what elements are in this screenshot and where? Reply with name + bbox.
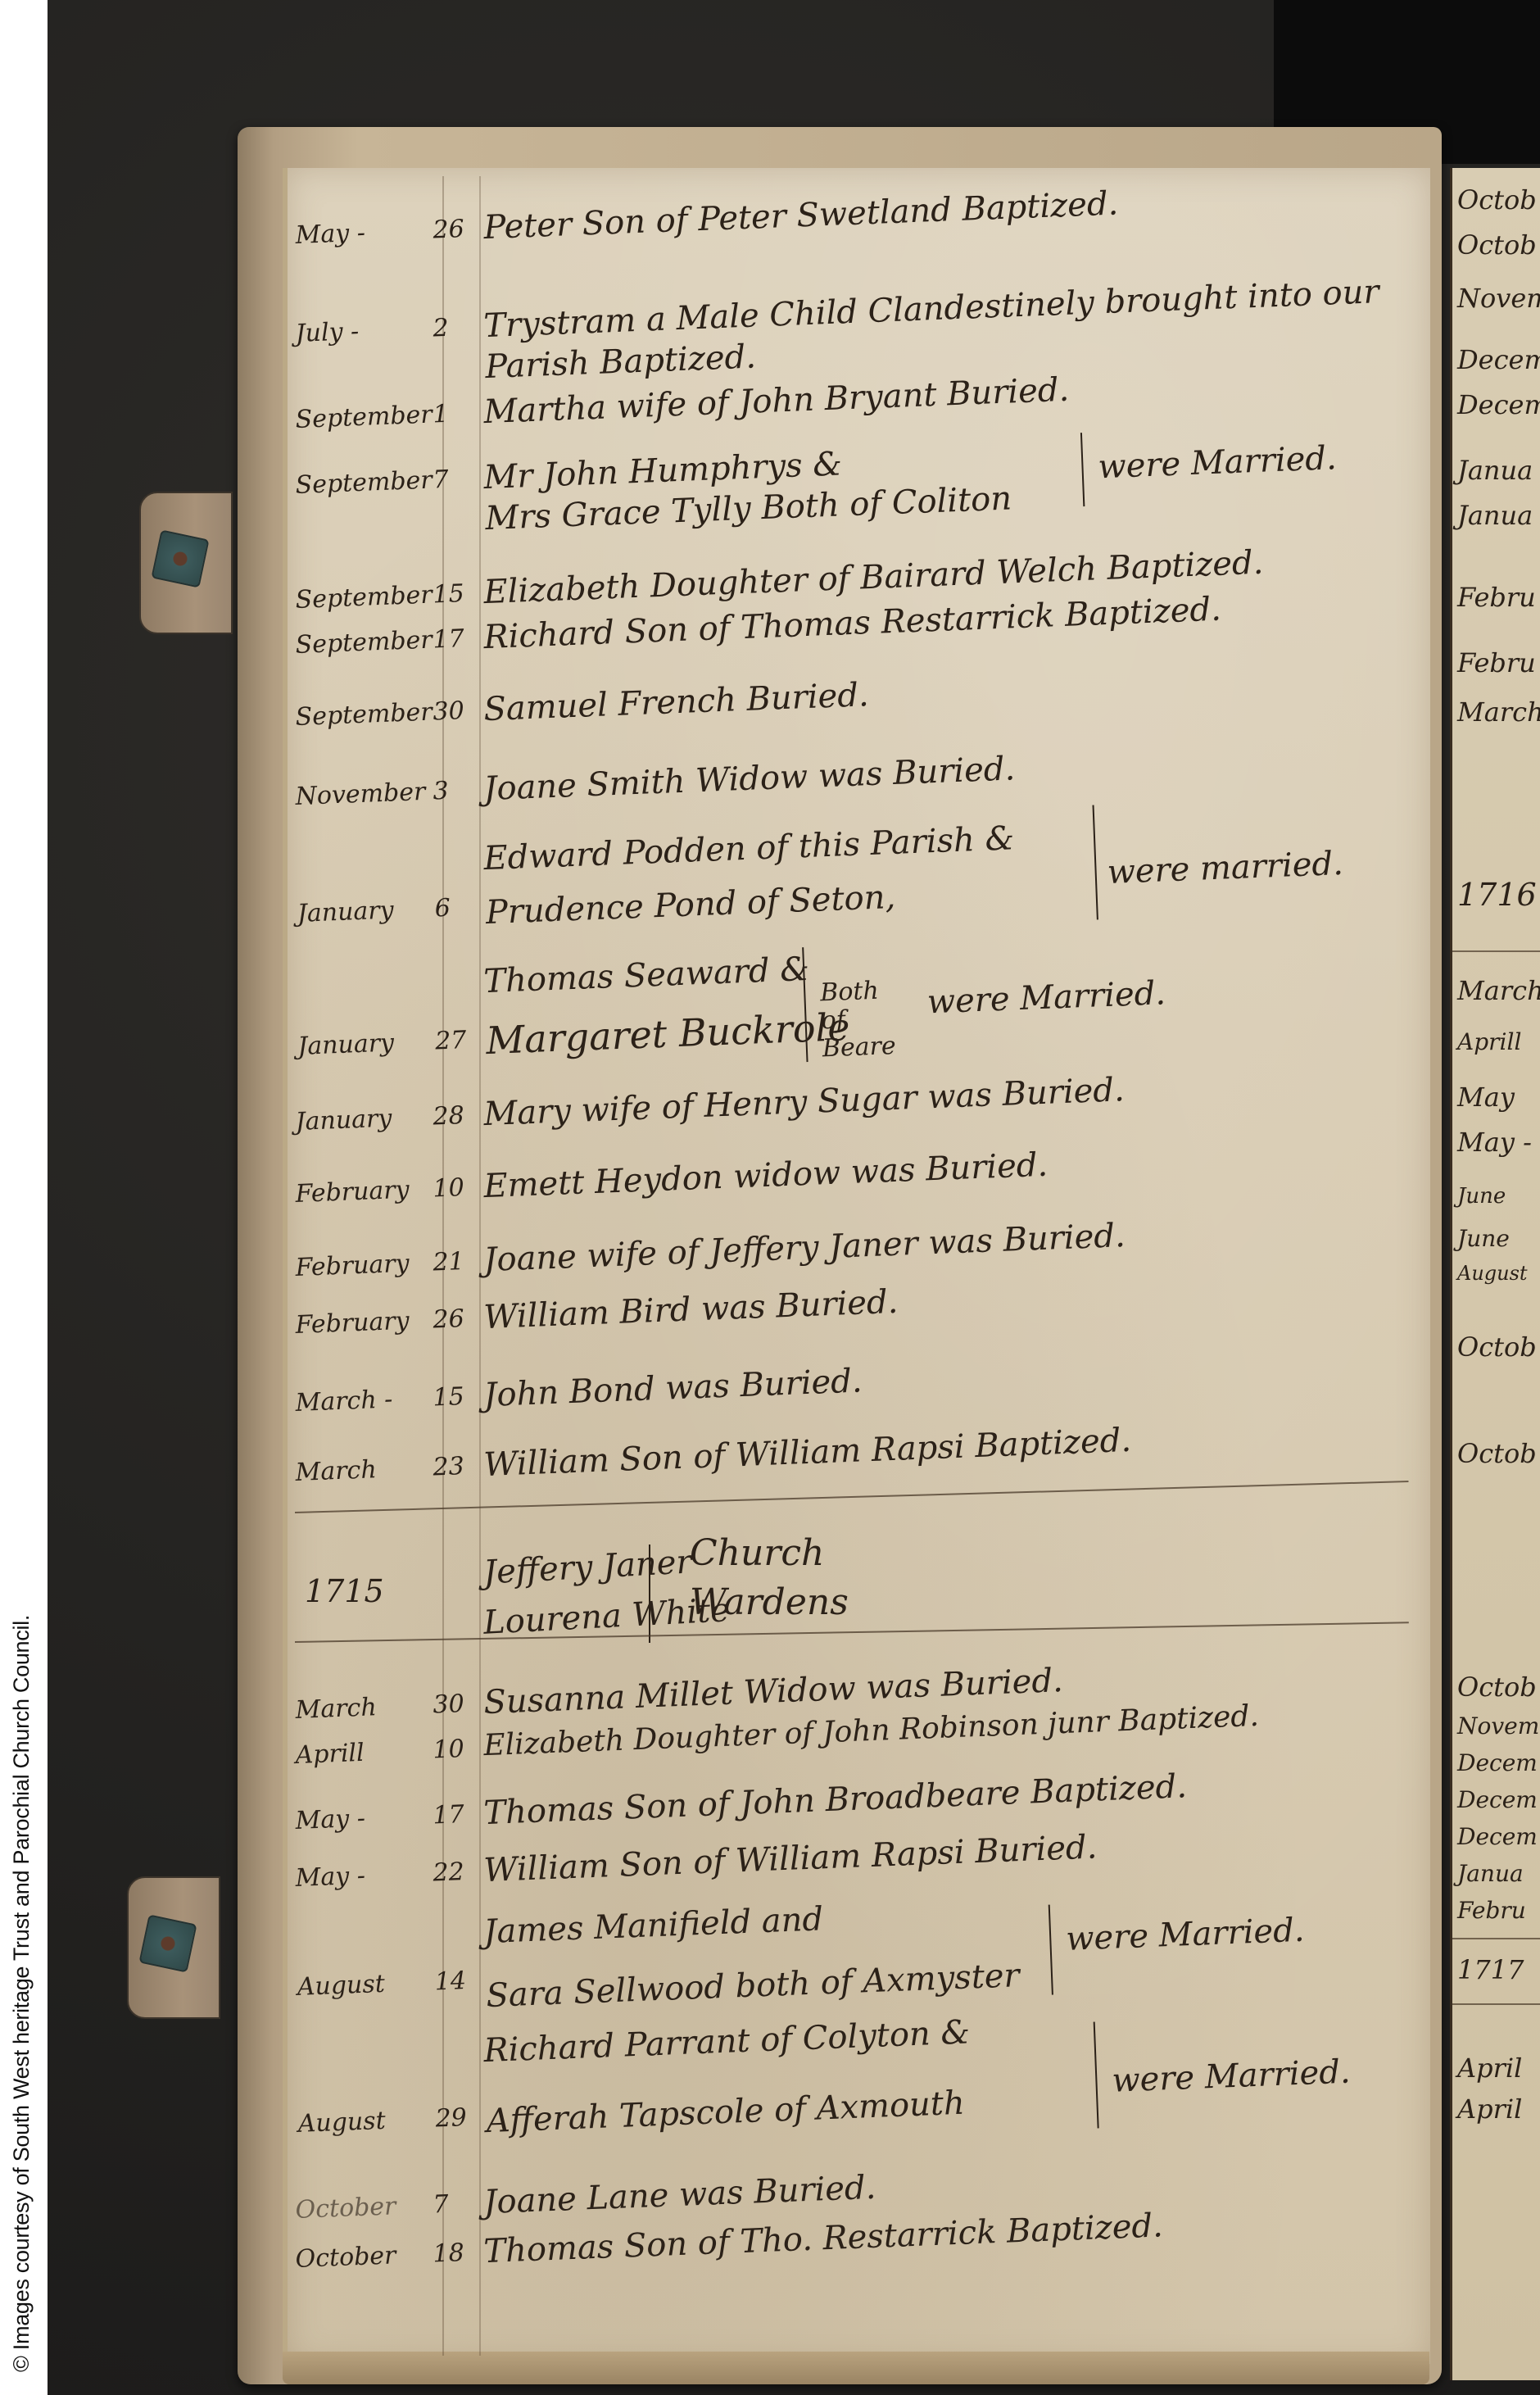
adjacent-month: Decem — [1457, 1786, 1538, 1813]
entry-month: March — [295, 1691, 427, 1725]
adjacent-month: Octob — [1457, 1438, 1537, 1469]
entry-day: 30 — [433, 696, 466, 727]
entry-month: September — [295, 626, 427, 660]
entry-day: 15 — [433, 1382, 466, 1413]
entry-day: 28 — [433, 1101, 466, 1132]
adjacent-month: August — [1457, 1262, 1528, 1285]
adjacent-month: Decem — [1457, 1749, 1538, 1776]
entry-month: January — [297, 895, 428, 928]
entry-day: 17 — [433, 624, 466, 655]
entry-month: July - — [295, 315, 427, 348]
entry-day: 29 — [435, 2103, 469, 2134]
adjacent-month: Febru — [1457, 647, 1536, 678]
adjacent-month: March — [1457, 975, 1540, 1006]
entry-day: 7 — [433, 465, 466, 495]
entry-month: May - — [295, 1859, 427, 1893]
adjacent-month: Decem — [1457, 344, 1540, 375]
adjacent-month: Febru — [1457, 582, 1536, 613]
warden-role: Church — [690, 1532, 824, 1574]
entry-month: February — [295, 1175, 427, 1209]
adjacent-divider — [1452, 2003, 1540, 2005]
entry-day: 18 — [433, 2239, 466, 2269]
credit-strip: © Images courtesy of South West heritage… — [0, 0, 48, 2395]
entry-month: May - — [295, 216, 427, 250]
entry-month: September — [295, 581, 427, 615]
entry-day: 27 — [435, 1026, 469, 1056]
adjacent-month: Novem — [1457, 1712, 1539, 1740]
adjacent-page: Octob Octob Novem Decem Decem Janua Janu… — [1450, 168, 1540, 2380]
entry-day: 22 — [433, 1857, 466, 1888]
entry-day: 21 — [433, 1247, 466, 1277]
adjacent-month: Febru — [1457, 1897, 1526, 1924]
adjacent-month: Octob — [1457, 229, 1537, 261]
page-bottom-edge — [283, 2352, 1429, 2384]
adjacent-month: Novem — [1457, 283, 1540, 314]
entry-day: 15 — [433, 579, 466, 610]
adjacent-month: Janua — [1457, 500, 1533, 531]
entry-month: March — [295, 1454, 427, 1487]
adjacent-divider — [1452, 950, 1540, 952]
image-credit: © Images courtesy of South West heritage… — [9, 1615, 34, 2372]
entry-day: 30 — [433, 1690, 466, 1720]
entry-month: October — [295, 2191, 427, 2225]
adjacent-divider — [1452, 1938, 1540, 1939]
entry-month: February — [295, 1306, 427, 1340]
entry-month: January — [295, 1103, 427, 1136]
entry-day: 26 — [433, 1304, 466, 1335]
entry-day: 14 — [434, 1966, 468, 1997]
entry-day: 23 — [433, 1452, 466, 1482]
clasp-top — [139, 492, 233, 634]
entry-month: January — [297, 1027, 429, 1061]
entry-day: 10 — [433, 1173, 466, 1204]
entry-day: 7 — [433, 2189, 466, 2220]
entry-month: May - — [295, 1802, 427, 1835]
adjacent-month: Decem — [1457, 389, 1540, 420]
adjacent-month: April — [1457, 2053, 1522, 2084]
entry-month: March - — [295, 1384, 427, 1417]
entry-month: September — [295, 401, 427, 434]
adjacent-month: May - — [1457, 1127, 1532, 1158]
entry-day: 17 — [433, 1800, 466, 1830]
adjacent-year: 1717 — [1457, 1954, 1524, 1985]
entry-month: February — [295, 1249, 427, 1282]
adjacent-month: Janua — [1457, 455, 1533, 486]
adjacent-month: Aprill — [1457, 1028, 1521, 1055]
entry-month: August — [297, 2105, 429, 2139]
adjacent-month: Decem — [1457, 1823, 1538, 1850]
entry-day: 26 — [433, 215, 466, 245]
entry-month: August — [297, 1968, 428, 2002]
clasp-bottom — [127, 1876, 220, 2019]
adjacent-month: April — [1457, 2093, 1522, 2125]
adjacent-month: Octob — [1457, 1331, 1537, 1363]
entry-day: 3 — [433, 776, 466, 806]
entry-month: November — [295, 778, 427, 811]
adjacent-month: March — [1457, 696, 1540, 728]
parish-note: Both of Beare — [820, 976, 913, 1063]
entry-month: Aprill — [295, 1736, 427, 1770]
adjacent-month: Janua — [1457, 1860, 1524, 1887]
entry-month: September — [295, 698, 427, 732]
adjacent-month: Octob — [1457, 184, 1537, 215]
adjacent-month: Octob — [1457, 1672, 1537, 1703]
year-label: 1715 — [305, 1573, 384, 1609]
adjacent-month: May — [1457, 1082, 1515, 1113]
brace — [649, 1545, 650, 1643]
entry-day: 10 — [433, 1735, 466, 1765]
entry-day: 6 — [434, 893, 468, 923]
adjacent-month: June — [1457, 1184, 1506, 1209]
clasp-stud-icon — [151, 529, 209, 587]
entry-day: 2 — [433, 313, 466, 343]
adjacent-year: 1716 — [1457, 877, 1537, 913]
clasp-stud-icon — [138, 1914, 197, 1972]
entry-month: September — [295, 466, 427, 500]
entry-month: October — [295, 2240, 427, 2274]
entry-day: 1 — [433, 399, 466, 429]
warden-role: Wardens — [690, 1581, 849, 1623]
adjacent-month: June — [1457, 1225, 1510, 1252]
day-column-rule — [479, 176, 481, 2356]
